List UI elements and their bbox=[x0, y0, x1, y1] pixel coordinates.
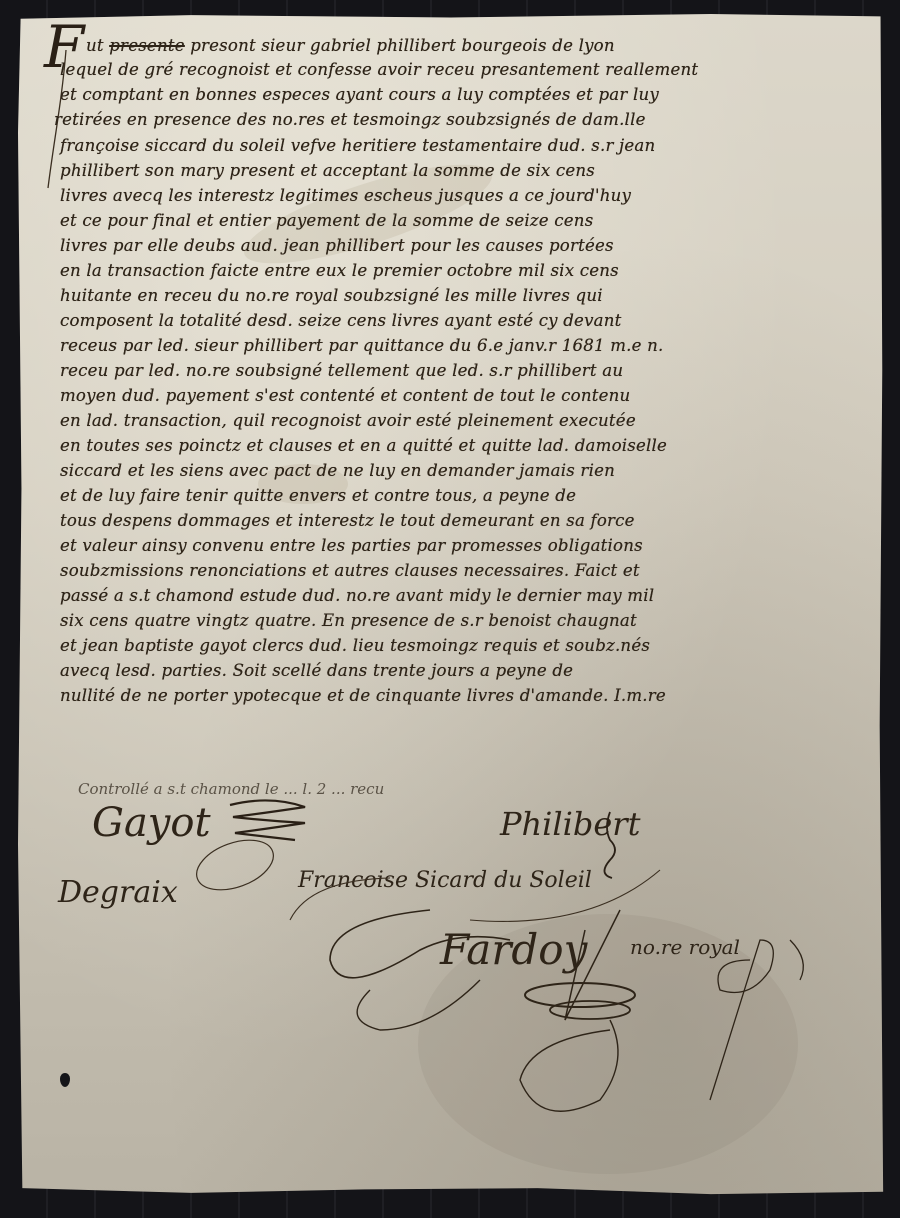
text-line-11: huitante en receu du no.re royal soubzsi… bbox=[60, 286, 603, 305]
text-line-1: ut presente presont sieur gabriel philli… bbox=[86, 36, 615, 55]
text-line-27: nullité de ne porter ypotecque et de cin… bbox=[60, 686, 666, 705]
signature-gayot: Gayot bbox=[92, 800, 211, 846]
text-line-6: phillibert son mary present et acceptant… bbox=[60, 161, 595, 180]
text-line-13: receus par led. sieur phillibert par qui… bbox=[60, 336, 664, 355]
text-line-5: françoise siccard du soleil vefve heriti… bbox=[60, 136, 655, 155]
notary-title: no.re royal bbox=[630, 935, 740, 959]
signature-francoise-sicard: Francoise Sicard du Soleil bbox=[298, 868, 592, 893]
text-line-18: siccard et les siens avec pact de ne luy… bbox=[60, 461, 615, 480]
text-line-8: et ce pour final et entier payement de l… bbox=[60, 211, 593, 230]
text-line-17: en toutes ses poinctz et clauses et en a… bbox=[60, 436, 667, 455]
text-line-15: moyen dud. payement s'est contenté et co… bbox=[60, 386, 630, 405]
text-line-19: et de luy faire tenir quitte envers et c… bbox=[60, 486, 576, 505]
text-line-25: et jean baptiste gayot clercs dud. lieu … bbox=[60, 636, 650, 655]
text-line-20: tous despens dommages et interestz le to… bbox=[60, 511, 635, 530]
signature-notary: Fardoy bbox=[440, 925, 587, 974]
text-line-3: et comptant en bonnes especes ayant cour… bbox=[60, 85, 659, 104]
signature-philibert: Philibert bbox=[500, 805, 640, 843]
text-line-7: livres avecq les interestz legitimes esc… bbox=[60, 186, 631, 205]
text-line-2: lequel de gré recognoist et confesse avo… bbox=[60, 60, 698, 79]
text-line-9: livres par elle deubs aud. jean phillibe… bbox=[60, 236, 614, 255]
text-line-23: passé a s.t chamond estude dud. no.re av… bbox=[60, 586, 654, 605]
struck-word: presente bbox=[109, 36, 185, 55]
text-line-24: six cens quatre vingtz quatre. En presen… bbox=[60, 611, 637, 630]
text-line-10: en la transaction faicte entre eux le pr… bbox=[60, 261, 619, 280]
signature-degraix: Degraix bbox=[58, 875, 178, 910]
text-line-12: composent la totalité desd. seize cens l… bbox=[60, 311, 622, 330]
text-line-14: receu par led. no.re soubsigné tellement… bbox=[60, 361, 623, 380]
text-line-21: et valeur ainsy convenu entre les partie… bbox=[60, 536, 643, 555]
margin-note: Controllé a s.t chamond le ... l. 2 ... … bbox=[78, 780, 384, 798]
text-line-4: retirées en presence des no.res et tesmo… bbox=[54, 110, 646, 129]
text-line-16: en lad. transaction, quil recognoist avo… bbox=[60, 411, 636, 430]
text-line-26: avecq lesd. parties. Soit scellé dans tr… bbox=[60, 661, 573, 680]
text-line-22: soubzmissions renonciations et autres cl… bbox=[60, 561, 640, 580]
